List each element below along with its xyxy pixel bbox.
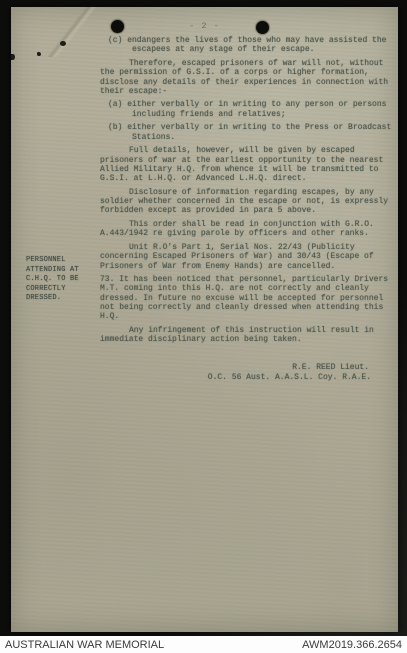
clause-a: (a) either verbally or in writing to any… [108,100,396,119]
paper-speck [11,54,15,60]
paper-speck [37,52,41,56]
para-disclosure: Disclosure of information regarding esca… [100,188,396,216]
punch-hole-left-icon [111,20,124,33]
signature-name: R.E. REED Lieut. [100,363,396,373]
catalogue-number: AWM2019.366.2654 [302,639,402,651]
institution-name: AUSTRALIAN WAR MEMORIAL [5,639,164,651]
document-body: (c) endangers the lives of those who may… [100,36,396,349]
clause-b: (b) either verbally or in writing to the… [108,123,396,142]
signature-block: R.E. REED Lieut. O.C. 56 Aust. A.A.S.L. … [100,363,396,383]
para-full-details: Full details, however, will be given by … [100,146,396,183]
margin-note: PERSONNEL ATTENDING AT C.H.Q. TO BE CORR… [26,256,86,304]
footer-bar: AUSTRALIAN WAR MEMORIAL AWM2019.366.2654 [0,636,407,653]
paper-speck [60,41,66,46]
document-page: - 2 - (c) endangers the lives of those w… [11,7,398,632]
clause-c: (c) endangers the lives of those who may… [108,36,396,55]
para-order-conjunction: This order shall be read in conjunction … [100,220,396,239]
para-orders-cancelled: Unit R.O's Part 1, Serial Nos. 22/43 (Pu… [100,243,396,271]
page-number: - 2 - [189,21,220,31]
scanned-document: - 2 - (c) endangers the lives of those w… [0,0,407,653]
para-therefore: Therefore, escaped prisoners of war will… [100,59,396,96]
para-73-dress-standard: 73. It has been noticed that personnel, … [100,275,396,322]
signature-unit: O.C. 56 Aust. A.A.S.L. Coy. R.A.E. [100,373,396,383]
punch-hole-right-icon [256,21,269,34]
para-infringement: Any infringement of this instruction wil… [100,326,396,345]
